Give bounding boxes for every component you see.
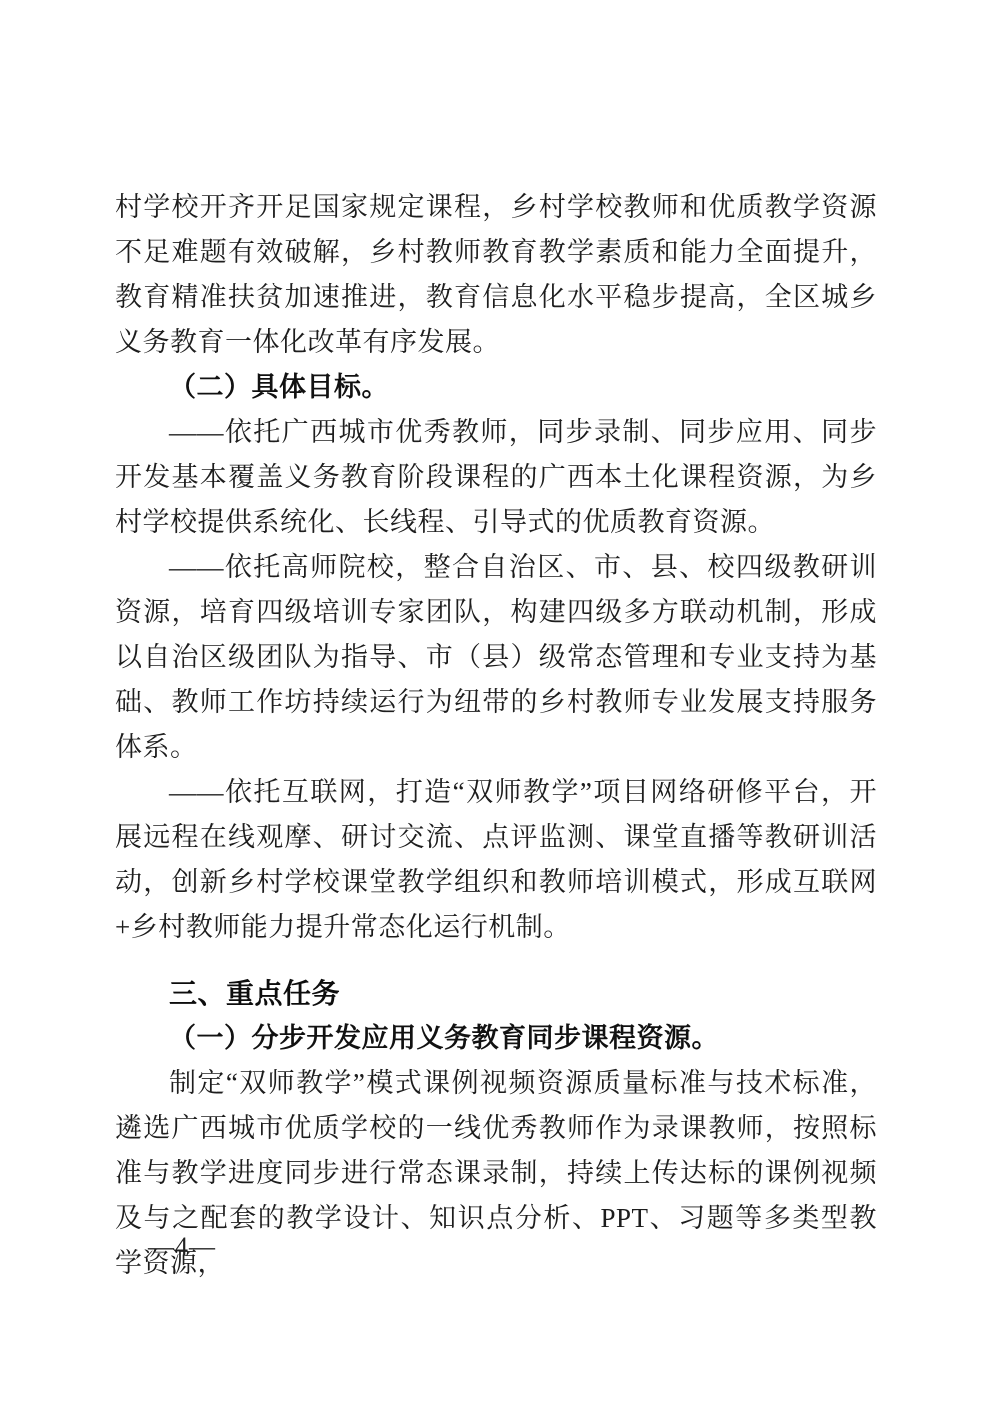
paragraph-goal-normal-colleges: ——依托高师院校，整合自治区、市、县、校四级教研训资源，培育四级培训专家团队，构…	[115, 545, 877, 770]
page-number: —4—	[148, 1234, 216, 1260]
section-heading-key-tasks: 三、重点任务	[115, 971, 877, 1016]
subheading-specific-goals: （二）具体目标。	[115, 365, 877, 410]
paragraph-overall-goals-continuation: 村学校开齐开足国家规定课程，乡村学校教师和优质教学资源不足难题有效破解，乡村教师…	[115, 185, 877, 365]
subheading-course-resource-development: （一）分步开发应用义务教育同步课程资源。	[115, 1016, 877, 1061]
paragraph-task-standards-recording: 制定“双师教学”模式课例视频资源质量标准与技术标准，遴选广西城市优质学校的一线优…	[115, 1061, 877, 1286]
document-page: 村学校开齐开足国家规定课程，乡村学校教师和优质教学资源不足难题有效破解，乡村教师…	[0, 0, 993, 1404]
paragraph-goal-internet-platform: ——依托互联网，打造“双师教学”项目网络研修平台，开展远程在线观摩、研讨交流、点…	[115, 770, 877, 950]
paragraph-goal-city-teachers: ——依托广西城市优秀教师，同步录制、同步应用、同步开发基本覆盖义务教育阶段课程的…	[115, 410, 877, 545]
document-body: 村学校开齐开足国家规定课程，乡村学校教师和优质教学资源不足难题有效破解，乡村教师…	[115, 185, 877, 1286]
